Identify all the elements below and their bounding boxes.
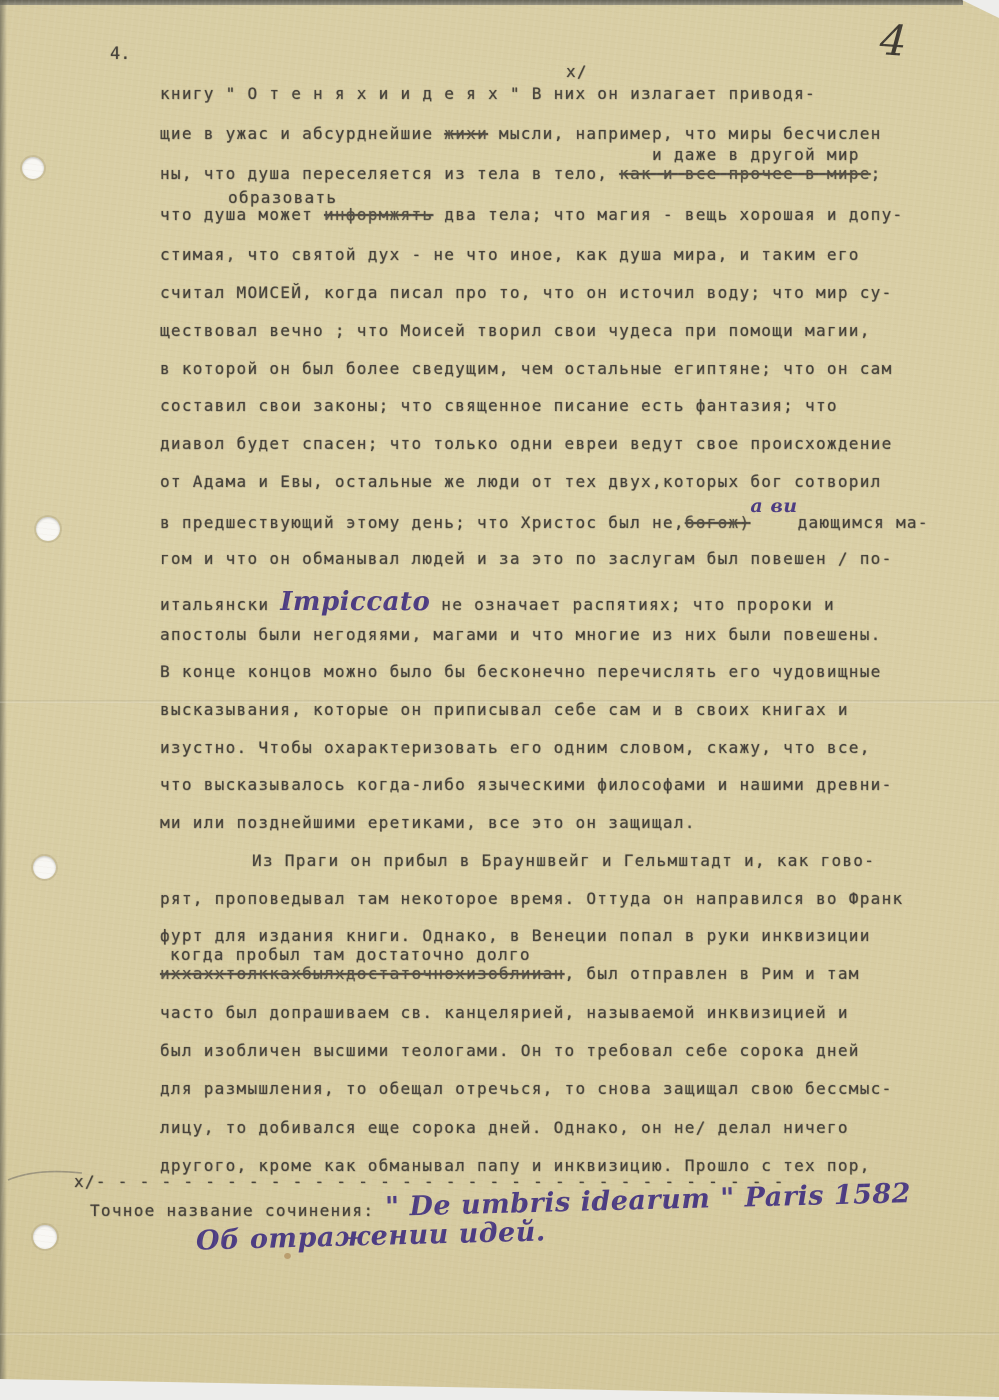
hole-punch-4: [33, 1225, 57, 1249]
text-line: часто был допрашиваем св. канцелярией, н…: [160, 1003, 849, 1022]
text-line: лицу, то добивался еще сорока дней. Одна…: [160, 1118, 849, 1137]
text-line: апостолы были негодяями, магами и что мн…: [160, 625, 882, 644]
typed-text: щие в ужас и абсурднейшие: [160, 124, 444, 143]
typed-text: ми или позднейшими еретиками, все это он…: [160, 813, 696, 832]
text-line: фурт для издания книги. Однако, в Венеци…: [160, 926, 871, 945]
struckthrough-text: информжять: [324, 205, 433, 224]
typed-text: фурт для издания книги. Однако, в Венеци…: [160, 926, 871, 945]
typed-text: Из Праги он прибыл в Брауншвейг и Гельмш…: [252, 851, 875, 870]
typed-text: что душа может: [160, 205, 324, 224]
handwritten-correction: а ви: [750, 495, 797, 517]
typed-text: был изобличен высшими теологами. Он то т…: [160, 1041, 860, 1060]
typed-text: апостолы были негодяями, магами и что мн…: [160, 625, 882, 644]
typed-text: ;: [871, 164, 882, 183]
typed-text: лицу, то добивался еще сорока дней. Одна…: [160, 1118, 849, 1137]
text-line: считал МОИСЕЙ, когда писал про то, что о…: [160, 283, 893, 302]
typed-text: в которой он был более сведущим, чем ост…: [160, 359, 893, 378]
scan-edge-shadow-left: [0, 0, 7, 1400]
handwritten-page-number: 4: [878, 15, 908, 66]
handwritten-note: Об отражении идей.: [196, 1228, 546, 1259]
hole-punch-1: [22, 157, 44, 179]
typed-text: не означает распятиях; что пророки и: [430, 595, 835, 614]
typed-text: от Адама и Евы, остальные же люди от тех…: [160, 472, 882, 491]
hole-punch-2: [36, 517, 60, 541]
typed-text: книгу " О т е н я х и и д е я х " В них …: [160, 84, 816, 103]
typed-text: когда пробыл там достаточно долго: [170, 945, 531, 964]
superscript-footnote-marker: х/: [566, 62, 588, 81]
typed-text: составил свои законы; что священное писа…: [160, 396, 838, 415]
typed-text: мысли, например, что миры бесчислен: [488, 124, 882, 143]
struckthrough-text: жихи: [444, 124, 488, 143]
text-line: книгу " О т е н я х и и д е я х " В них …: [160, 84, 816, 103]
text-line: ществовал вечно ; что Моисей творил свои…: [160, 321, 871, 340]
hole-punch-3: [33, 856, 56, 879]
text-line: составил свои законы; что священное писа…: [160, 396, 838, 415]
text-line: изустно. Чтобы охарактеризовать его одни…: [160, 738, 871, 757]
text-line-with-correction: в предшествующий этому день; что Христос…: [160, 511, 929, 533]
typed-text: итальянски: [160, 595, 280, 614]
typed-text: считал МОИСЕЙ, когда писал про то, что о…: [160, 283, 893, 302]
struckthrough-text: как и все прочее в мире: [619, 164, 870, 183]
typed-text: высказывания, которые он приписывал себе…: [160, 700, 849, 719]
typed-text: стимая, что святой дух - не что иное, ка…: [160, 245, 860, 264]
typed-text: в предшествующий этому день; что Христос…: [160, 513, 685, 532]
text-line: стимая, что святой дух - не что иное, ка…: [160, 245, 860, 264]
text-line: В конце концов можно было бы бесконечно …: [160, 662, 882, 681]
text-line-with-handwriting: итальянски Impiccato не означает распяти…: [160, 587, 835, 617]
text-line: гом и что он обманывал людей и за это по…: [160, 549, 893, 568]
text-line: рят, проповедывал там некоторое время. О…: [160, 889, 903, 908]
text-line: для размышления, то обещал отречься, то …: [160, 1079, 893, 1098]
typed-text: и даже в другой мир: [652, 145, 860, 164]
interline-insert: и даже в другой мир: [652, 145, 860, 164]
text-line-with-strikeout: иххаххтолккахбылхдостаточнохизоблииан, б…: [160, 964, 860, 983]
text-line: что высказывалось когда-либо языческими …: [160, 775, 893, 794]
text-line: что душа может информжять два тела; что …: [160, 205, 903, 224]
typed-text: два тела; что магия - вещь хорошая и доп…: [433, 205, 903, 224]
typed-text: ны, что душа переселяется из тела в тело…: [160, 164, 619, 183]
typed-text: , был отправлен в Рим и там: [565, 964, 860, 983]
document-page: 4. 4 х/книгу " О т е н я х и и д е я х "…: [0, 0, 999, 1400]
text-line: ны, что душа переселяется из тела в тело…: [160, 164, 882, 183]
typed-text: В конце концов можно было бы бесконечно …: [160, 662, 882, 681]
interline-insert: когда пробыл там достаточно долго: [170, 945, 531, 964]
text-line: ми или позднейшими еретиками, все это он…: [160, 813, 696, 832]
typed-text: Точное название сочинения:: [90, 1201, 385, 1220]
typed-text: для размышления, то обещал отречься, то …: [160, 1079, 893, 1098]
text-line: был изобличен высшими теологами. Он то т…: [160, 1041, 860, 1060]
struckthrough-text: иххаххтолккахбылхдостаточнохизоблииан: [160, 964, 565, 983]
text-line: диавол будет спасен; что только одни евр…: [160, 434, 893, 453]
typed-text: часто был допрашиваем св. канцелярией, н…: [160, 1003, 849, 1022]
typed-text: ществовал вечно ; что Моисей творил свои…: [160, 321, 871, 340]
typed-text: дающимся ма-: [798, 513, 929, 532]
typed-text: диавол будет спасен; что только одни евр…: [160, 434, 893, 453]
typed-text: что высказывалось когда-либо языческими …: [160, 775, 893, 794]
text-line: в которой он был более сведущим, чем ост…: [160, 359, 893, 378]
scanned-document: 4. 4 х/книгу " О т е н я х и и д е я х "…: [0, 0, 999, 1400]
scan-edge-shadow-top: [0, 0, 963, 5]
text-line: щие в ужас и абсурднейшие жихи мысли, на…: [160, 124, 882, 143]
text-line: от Адама и Евы, остальные же люди от тех…: [160, 472, 882, 491]
typed-page-number: 4.: [110, 44, 130, 64]
handwritten-text: Impiccato: [280, 587, 430, 617]
typed-text: х/: [566, 62, 588, 81]
typed-text: рят, проповедывал там некоторое время. О…: [160, 889, 903, 908]
typed-text: изустно. Чтобы охарактеризовать его одни…: [160, 738, 871, 757]
paragraph-start-line: Из Праги он прибыл в Брауншвейг и Гельмш…: [252, 851, 875, 870]
paper-crease: [0, 1332, 999, 1335]
struckthrough-text: богож): [685, 513, 751, 532]
typed-text: гом и что он обманывал людей и за это по…: [160, 549, 893, 568]
text-line: высказывания, которые он приписывал себе…: [160, 700, 849, 719]
